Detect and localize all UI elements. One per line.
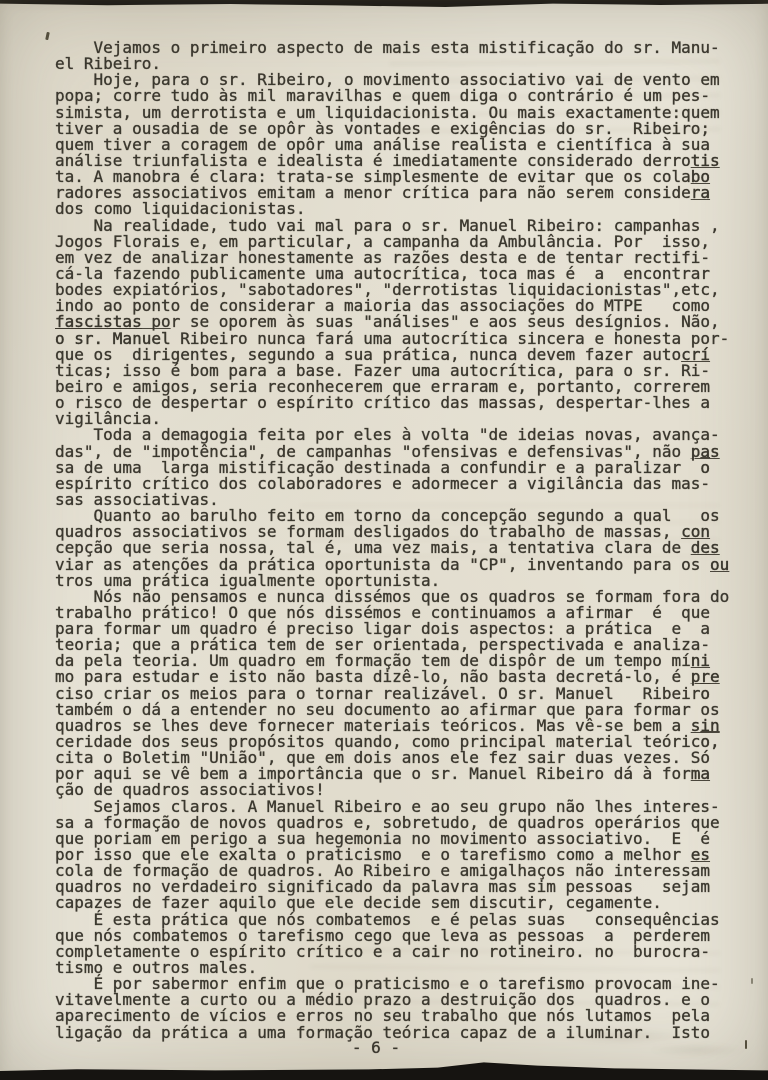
ink-speck	[751, 978, 753, 984]
scanned-document-page: { "colors": { "paper": "#e7e3d6", "ink":…	[0, 0, 768, 1080]
scan-edge-top	[0, 0, 768, 9]
document-text: Vejamos o primeiro aspecto de mais esta …	[55, 40, 729, 1041]
ink-speck	[45, 32, 50, 40]
scan-edge-bottom	[0, 1060, 768, 1080]
page-number: - 6 -	[0, 1038, 752, 1057]
